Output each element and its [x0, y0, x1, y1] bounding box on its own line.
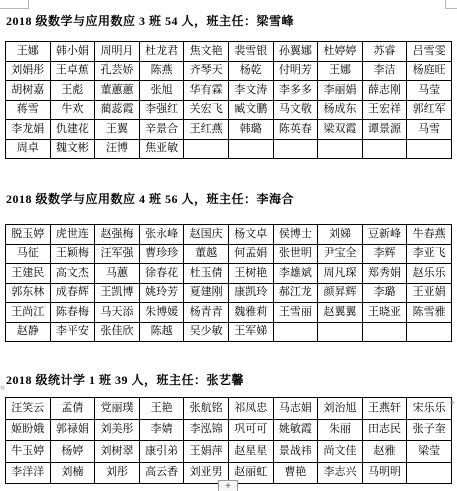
student-name-cell[interactable]: 杨婷 — [50, 441, 95, 463]
student-name-cell[interactable]: 李志兴 — [318, 462, 363, 484]
student-name-cell[interactable]: 康凯玲 — [228, 283, 273, 303]
student-name-cell[interactable]: 梁双霞 — [318, 120, 363, 140]
student-name-cell[interactable]: 张永峰 — [139, 225, 184, 245]
student-name-cell[interactable] — [318, 322, 363, 342]
student-name-cell[interactable]: 巩可可 — [228, 419, 273, 441]
student-name-cell[interactable]: 王建民 — [6, 264, 51, 284]
student-name-cell[interactable]: 李亚飞 — [407, 244, 452, 264]
student-name-cell[interactable]: 景战祎 — [273, 441, 318, 463]
student-name-cell[interactable]: 王雪丽 — [273, 303, 318, 323]
student-name-cell[interactable]: 孙翼娜 — [273, 42, 318, 62]
student-name-cell[interactable]: 夏建刚 — [184, 283, 229, 303]
student-name-cell[interactable]: 梁莹 — [407, 441, 452, 463]
student-name-cell[interactable]: 关宏飞 — [184, 100, 229, 120]
student-name-cell[interactable]: 孟倩 — [50, 398, 95, 420]
student-name-cell[interactable]: 牛春燕 — [407, 225, 452, 245]
student-name-cell[interactable]: 虎世连 — [50, 225, 95, 245]
student-name-cell[interactable]: 韩璐 — [228, 120, 273, 140]
student-name-cell[interactable]: 李强红 — [139, 100, 184, 120]
student-name-cell[interactable] — [273, 139, 318, 159]
student-name-cell[interactable]: 张子奎 — [407, 419, 452, 441]
student-name-cell[interactable] — [407, 462, 452, 484]
student-name-cell[interactable]: 曹艳 — [273, 462, 318, 484]
student-name-cell[interactable]: 马天添 — [95, 303, 140, 323]
student-name-cell[interactable]: 周卓 — [6, 139, 51, 159]
student-name-cell[interactable]: 杨青青 — [184, 303, 229, 323]
student-name-cell[interactable]: 王娟萍 — [184, 441, 229, 463]
student-name-cell[interactable]: 李洁 — [362, 61, 407, 81]
student-name-cell[interactable]: 李婧 — [139, 419, 184, 441]
student-name-cell[interactable]: 赵星星 — [228, 441, 273, 463]
student-name-cell[interactable]: 吴少敏 — [184, 322, 229, 342]
table-row: 汪笑云孟倩党丽璞王艳张航铭祁凤忠马志娟刘治旭王燕轩宋乐乐 — [6, 398, 452, 420]
table-row: 马征王颖梅汪军强曹珍珍董越何孟娟张世明尹宝全李辉李亚飞 — [6, 244, 452, 264]
student-name-cell[interactable]: 李璐 — [362, 283, 407, 303]
student-name-cell[interactable]: 王翼 — [95, 120, 140, 140]
class-section-title-3[interactable]: 2018 级统计学 1 班 39 人，班主任：张艺馨 — [6, 371, 453, 388]
student-name-cell[interactable]: 杨乾 — [228, 61, 273, 81]
student-name-cell[interactable]: 陈春梅 — [50, 303, 95, 323]
student-name-cell[interactable]: 王宏祥 — [362, 100, 407, 120]
student-name-cell[interactable]: 李多多 — [273, 81, 318, 101]
student-name-cell[interactable]: 脱玉婷 — [6, 225, 51, 245]
student-name-cell[interactable]: 陈雪雅 — [407, 303, 452, 323]
table-row: 郭东林成春辉王凯博姚玲芳夏建刚康凯玲郝江龙颜昇辉李璐王亚娟 — [6, 283, 452, 303]
student-name-cell[interactable]: 陈英春 — [273, 120, 318, 140]
student-name-cell[interactable]: 党丽璞 — [95, 398, 140, 420]
student-name-cell[interactable]: 王彪 — [50, 81, 95, 101]
student-name-cell[interactable]: 陈燕 — [139, 61, 184, 81]
student-name-cell[interactable]: 侯博士 — [273, 225, 318, 245]
student-name-cell[interactable]: 付明芳 — [273, 61, 318, 81]
student-name-cell[interactable]: 董越 — [184, 244, 229, 264]
student-name-cell[interactable]: 臧文鹏 — [228, 100, 273, 120]
student-name-cell[interactable]: 李雄斌 — [273, 264, 318, 284]
student-name-cell[interactable] — [407, 139, 452, 159]
student-name-cell[interactable]: 王树艳 — [228, 264, 273, 284]
student-name-cell[interactable]: 王娜 — [6, 42, 51, 62]
table-resize-handle-icon[interactable]: + — [447, 398, 457, 410]
student-name-cell[interactable]: 谭景源 — [362, 120, 407, 140]
class-roster-table-2: 脱玉婷虎世连赵强梅张永峰赵国庆杨文卓侯博士刘娣豆新峰牛春燕马征王颖梅汪军强曹珍珍… — [5, 224, 452, 342]
student-name-cell[interactable]: 赵乐乐 — [407, 264, 452, 284]
student-name-cell[interactable]: 董蕙蕙 — [95, 81, 140, 101]
student-name-cell[interactable]: 齐琴天 — [184, 61, 229, 81]
student-name-cell[interactable]: 郑秀娟 — [362, 264, 407, 284]
table-row: 牛玉婷杨婷刘树翠康引弟王娟萍赵星星景战祎尚文佳赵雅梁莹 — [6, 441, 452, 463]
student-name-cell[interactable]: 刘美彤 — [95, 419, 140, 441]
student-name-cell[interactable] — [362, 139, 407, 159]
student-name-cell[interactable]: 田志民 — [362, 419, 407, 441]
margin-anchor-mark: » — [0, 383, 5, 392]
student-name-cell[interactable]: 李泓锦 — [184, 419, 229, 441]
student-name-cell[interactable]: 杜龙君 — [139, 42, 184, 62]
student-name-cell[interactable]: 郭东林 — [6, 283, 51, 303]
student-name-cell[interactable]: 马征 — [6, 244, 51, 264]
student-name-cell[interactable]: 王亚娟 — [407, 283, 452, 303]
student-name-cell[interactable]: 马雪 — [407, 120, 452, 140]
student-name-cell[interactable]: 高文杰 — [50, 264, 95, 284]
student-name-cell[interactable]: 汪笑云 — [6, 398, 51, 420]
student-name-cell[interactable]: 徐春花 — [139, 264, 184, 284]
table-row: 王娜韩小娟周明月杜龙君焦文艳裴雪银孙翼娜杜婷婷苏睿吕雪雯 — [6, 42, 452, 62]
student-name-cell[interactable]: 朱丽 — [318, 419, 363, 441]
student-name-cell[interactable]: 孔芸娇 — [95, 61, 140, 81]
table-row: 赵静李平安张佳欣陈越吴少敏王军娣 — [6, 322, 452, 342]
table-row: 王尚江陈春梅马天添朱博媛杨青青魏雅莉王雪丽赵翼翼王晓亚陈雪雅 — [6, 303, 452, 323]
student-name-cell[interactable] — [362, 322, 407, 342]
student-name-cell[interactable]: 刘彤 — [95, 462, 140, 484]
student-name-cell[interactable]: 李丽娟 — [318, 81, 363, 101]
student-name-cell[interactable]: 马蕙 — [95, 264, 140, 284]
student-name-cell[interactable]: 李洋洋 — [6, 462, 51, 484]
student-name-cell[interactable]: 陈越 — [139, 322, 184, 342]
student-name-cell[interactable]: 张航铭 — [184, 398, 229, 420]
table-row: 脱玉婷虎世连赵强梅张永峰赵国庆杨文卓侯博士刘娣豆新峰牛春燕 — [6, 225, 452, 245]
student-name-cell[interactable]: 牛欢 — [50, 100, 95, 120]
student-name-cell[interactable]: 王凯博 — [95, 283, 140, 303]
student-name-cell[interactable]: 王燕轩 — [362, 398, 407, 420]
student-name-cell[interactable]: 王颖梅 — [50, 244, 95, 264]
student-name-cell[interactable]: 刘树翠 — [95, 441, 140, 463]
student-name-cell[interactable]: 裴雪银 — [228, 42, 273, 62]
student-name-cell[interactable]: 刘娣 — [318, 225, 363, 245]
student-name-cell[interactable]: 赵静 — [6, 322, 51, 342]
student-name-cell[interactable]: 杜婷婷 — [318, 42, 363, 62]
student-name-cell[interactable]: 高云香 — [139, 462, 184, 484]
student-name-cell[interactable]: 周凡琛 — [318, 264, 363, 284]
student-name-cell[interactable]: 赵翼翼 — [318, 303, 363, 323]
student-name-cell[interactable]: 赵强梅 — [95, 225, 140, 245]
student-name-cell[interactable]: 马志娟 — [273, 398, 318, 420]
page-boundary-mark-right — [445, 0, 457, 9]
student-name-cell[interactable]: 杨庭旺 — [407, 61, 452, 81]
student-name-cell[interactable]: 周明月 — [95, 42, 140, 62]
student-name-cell[interactable]: 牛玉婷 — [6, 441, 51, 463]
student-name-cell[interactable]: 刘楠 — [50, 462, 95, 484]
student-name-cell[interactable]: 姚敏霞 — [273, 419, 318, 441]
student-name-cell[interactable]: 郭红军 — [407, 100, 452, 120]
student-name-cell[interactable]: 颜昇辉 — [318, 283, 363, 303]
student-name-cell[interactable]: 蒋雪 — [6, 100, 51, 120]
student-name-cell[interactable]: 王艳 — [139, 398, 184, 420]
class-roster-table-3: 汪笑云孟倩党丽璞王艳张航铭祁凤忠马志娟刘治旭王燕轩宋乐乐姬盼娥郭禄娟刘美彤李婧李… — [5, 397, 452, 484]
student-name-cell[interactable]: 康引弟 — [139, 441, 184, 463]
student-name-cell[interactable]: 胡树嘉 — [6, 81, 51, 101]
student-name-cell[interactable]: 辛景合 — [139, 120, 184, 140]
student-name-cell[interactable]: 曹珍珍 — [139, 244, 184, 264]
student-name-cell[interactable]: 魏雅莉 — [228, 303, 273, 323]
student-name-cell[interactable]: 杜玉倩 — [184, 264, 229, 284]
student-name-cell[interactable]: 薛志刚 — [362, 81, 407, 101]
student-name-cell[interactable]: 郝江龙 — [273, 283, 318, 303]
student-name-cell[interactable]: 李辉 — [362, 244, 407, 264]
student-name-cell[interactable]: 张世明 — [273, 244, 318, 264]
student-name-cell[interactable]: 成春辉 — [50, 283, 95, 303]
student-name-cell[interactable]: 姚玲芳 — [139, 283, 184, 303]
student-name-cell[interactable]: 韩小娟 — [50, 42, 95, 62]
student-name-cell[interactable]: 马明明 — [362, 462, 407, 484]
page-boundary-mark-left — [0, 0, 29, 9]
table-row: 刘娟彤王卓蕉孔芸娇陈燕齐琴天杨乾付明芳王娜李洁杨庭旺 — [6, 61, 452, 81]
student-name-cell[interactable]: 郭禄娟 — [50, 419, 95, 441]
student-name-cell[interactable]: 王晓亚 — [362, 303, 407, 323]
table-row: 蒋雪牛欢蔺蕊霞李强红关宏飞臧文鹏马文敬杨成东王宏祥郭红军 — [6, 100, 452, 120]
student-name-cell[interactable]: 李龙娟 — [6, 120, 51, 140]
student-name-cell[interactable]: 祁凤忠 — [228, 398, 273, 420]
student-name-cell[interactable]: 焦文艳 — [184, 42, 229, 62]
student-name-cell[interactable]: 杨文卓 — [228, 225, 273, 245]
student-name-cell[interactable] — [407, 322, 452, 342]
student-name-cell[interactable]: 王红燕 — [184, 120, 229, 140]
student-name-cell[interactable]: 张旭 — [139, 81, 184, 101]
student-name-cell[interactable] — [318, 139, 363, 159]
student-name-cell[interactable] — [184, 139, 229, 159]
student-name-cell[interactable]: 朱博媛 — [139, 303, 184, 323]
student-name-cell[interactable]: 王卓蕉 — [50, 61, 95, 81]
student-name-cell[interactable]: 豆新峰 — [362, 225, 407, 245]
student-name-cell[interactable]: 李平安 — [50, 322, 95, 342]
student-name-cell[interactable]: 马莹 — [407, 81, 452, 101]
document-page: 2018 级数学与应用数应 3 班 54 人，班主任：梁雪峰 王娜韩小娟周明月杜… — [0, 0, 457, 491]
student-name-cell[interactable]: 魏文彬 — [50, 139, 95, 159]
student-name-cell[interactable]: 王军娣 — [228, 322, 273, 342]
student-name-cell[interactable]: 杨成东 — [318, 100, 363, 120]
class-section-title-2[interactable]: 2018 级数学与应用数应 4 班 56 人，班主任：李海合 — [6, 190, 453, 207]
student-name-cell[interactable]: 汪军强 — [95, 244, 140, 264]
student-name-cell[interactable]: 刘娟彤 — [6, 61, 51, 81]
class-section-title-1[interactable]: 2018 级数学与应用数应 3 班 54 人，班主任：梁雪峰 — [6, 12, 453, 29]
student-name-cell[interactable]: 吕雪雯 — [407, 42, 452, 62]
student-name-cell[interactable]: 王娜 — [318, 61, 363, 81]
student-name-cell[interactable]: 张佳欣 — [95, 322, 140, 342]
student-name-cell[interactable]: 苏睿 — [362, 42, 407, 62]
table-row: 姬盼娥郭禄娟刘美彤李婧李泓锦巩可可姚敏霞朱丽田志民张子奎 — [6, 419, 452, 441]
class-roster-table-1: 王娜韩小娟周明月杜龙君焦文艳裴雪银孙翼娜杜婷婷苏睿吕雪雯刘娟彤王卓蕉孔芸娇陈燕齐… — [5, 41, 452, 159]
student-name-cell[interactable]: 汪博 — [95, 139, 140, 159]
student-name-cell[interactable]: 尹宝全 — [318, 244, 363, 264]
student-name-cell[interactable]: 焦亚敏 — [139, 139, 184, 159]
table-row: 周卓魏文彬汪博焦亚敏 — [6, 139, 452, 159]
student-name-cell[interactable]: 刘治旭 — [318, 398, 363, 420]
student-name-cell[interactable]: 赵国庆 — [184, 225, 229, 245]
table-insert-handle-icon[interactable]: + — [218, 480, 238, 491]
student-name-cell[interactable]: 蔺蕊霞 — [95, 100, 140, 120]
student-name-cell[interactable]: 何孟娟 — [228, 244, 273, 264]
table-row: 李龙娟仇建花王翼辛景合王红燕韩璐陈英春梁双霞谭景源马雪 — [6, 120, 452, 140]
student-name-cell[interactable] — [273, 322, 318, 342]
student-name-cell[interactable]: 赵雅 — [362, 441, 407, 463]
student-name-cell[interactable]: 王尚江 — [6, 303, 51, 323]
student-name-cell[interactable]: 马文敬 — [273, 100, 318, 120]
student-name-cell[interactable]: 姬盼娥 — [6, 419, 51, 441]
student-name-cell[interactable]: 华有霖 — [184, 81, 229, 101]
student-name-cell[interactable]: 宋乐乐 — [407, 398, 452, 420]
student-name-cell[interactable] — [228, 139, 273, 159]
student-name-cell[interactable]: 仇建花 — [50, 120, 95, 140]
student-name-cell[interactable]: 尚文佳 — [318, 441, 363, 463]
table-row: 胡树嘉王彪董蕙蕙张旭华有霖李文涛李多多李丽娟薛志刚马莹 — [6, 81, 452, 101]
table-row: 王建民高文杰马蕙徐春花杜玉倩王树艳李雄斌周凡琛郑秀娟赵乐乐 — [6, 264, 452, 284]
student-name-cell[interactable]: 李文涛 — [228, 81, 273, 101]
